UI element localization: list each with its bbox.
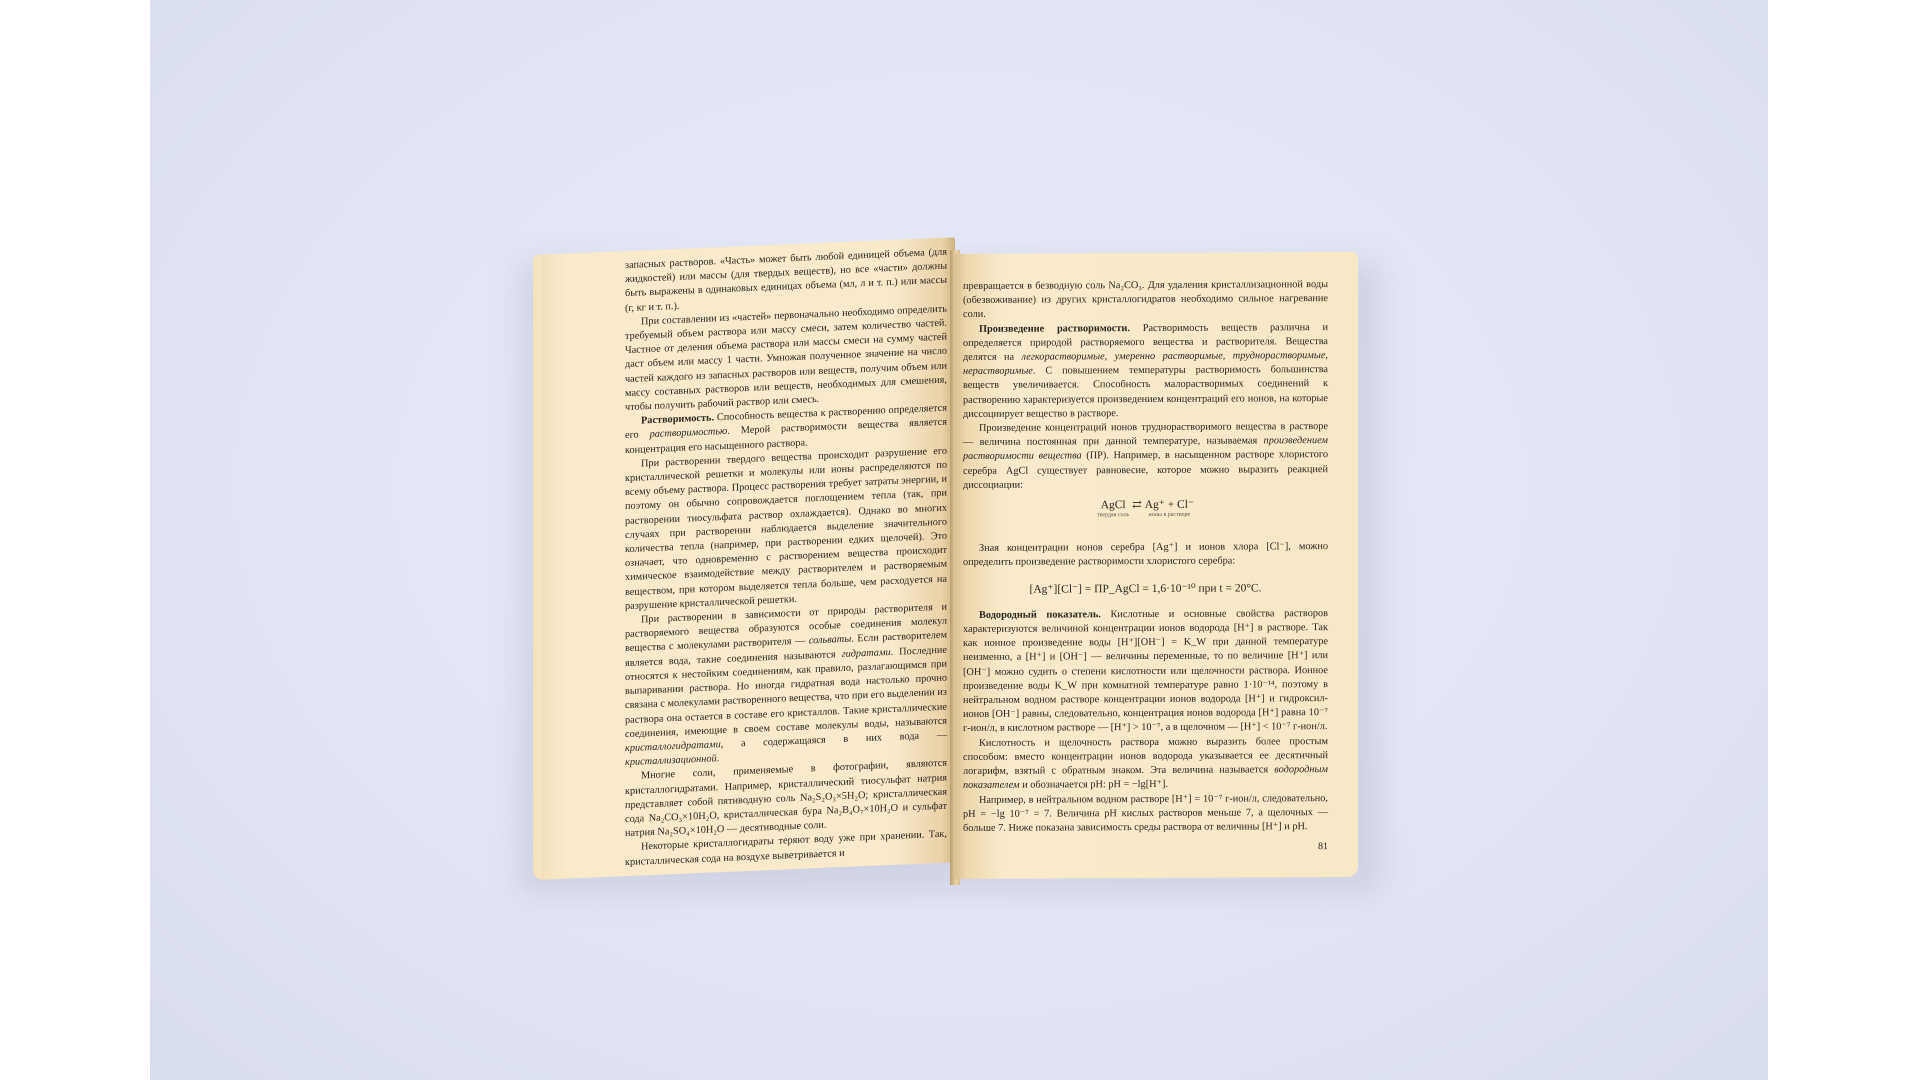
equation-right-label: ионы в растворе <box>1145 512 1194 519</box>
paragraph: Произведение концентраций ионов труднора… <box>963 420 1328 493</box>
section-heading: Водородный показатель. <box>979 609 1101 621</box>
equilibrium-arrow: ⇄ <box>1132 499 1142 511</box>
page-number: 81 <box>963 840 1328 856</box>
paragraph-solvates: При растворении в зависимости от природы… <box>625 601 947 771</box>
solubility-product-equation: [Ag⁺][Cl⁻] = ПР_AgCl = 1,6·10⁻¹⁰ при t =… <box>963 581 1328 597</box>
emphasis: гидратами <box>842 647 891 660</box>
text: . <box>717 753 720 764</box>
paragraph: Кислотность и щелочность раствора можно … <box>963 735 1328 794</box>
paragraph: превращается в безводную соль Na₂CO₃. Дл… <box>963 278 1328 323</box>
right-page: превращается в безводную соль Na₂CO₃. Дл… <box>955 252 1358 879</box>
paragraph-solubility-product: Произведение растворимости. Растворимост… <box>963 321 1328 422</box>
paragraph: Многие соли, применяемые в фотографии, я… <box>625 757 947 842</box>
paragraph: При составлении из «частей» первоначальн… <box>625 302 947 415</box>
text: и обозначается pH: pH = −lg[H⁺]. <box>1020 779 1168 791</box>
equation-left: AgCl <box>1101 499 1126 511</box>
text: Кислотные и основные свойства растворов … <box>963 608 1328 735</box>
dissociation-equation: AgCl твердая соль ⇄ Ag⁺ + Cl⁻ ионы в рас… <box>963 497 1328 520</box>
emphasis: сольваты <box>809 634 851 647</box>
equation-right: Ag⁺ + Cl⁻ <box>1145 499 1194 511</box>
left-page: запасных растворов. «Часть» может быть л… <box>533 237 955 880</box>
section-heading: Произведение растворимости. <box>979 323 1130 335</box>
paragraph: Зная концентрации ионов серебра [Ag⁺] и … <box>963 540 1328 570</box>
paragraph-ph: Водородный показатель. Кислотные и основ… <box>963 607 1328 737</box>
paragraph: Например, в нейтральном водном растворе … <box>963 792 1328 837</box>
emphasis: кристаллизационной <box>625 753 717 768</box>
paragraph: При растворении твердого вещества происх… <box>625 444 947 614</box>
equation-left-label: твердая соль <box>1097 512 1129 519</box>
emphasis: растворимостью <box>650 426 728 440</box>
emphasis: кристаллогидратами <box>625 739 721 754</box>
section-heading: Растворимость. <box>641 413 714 427</box>
